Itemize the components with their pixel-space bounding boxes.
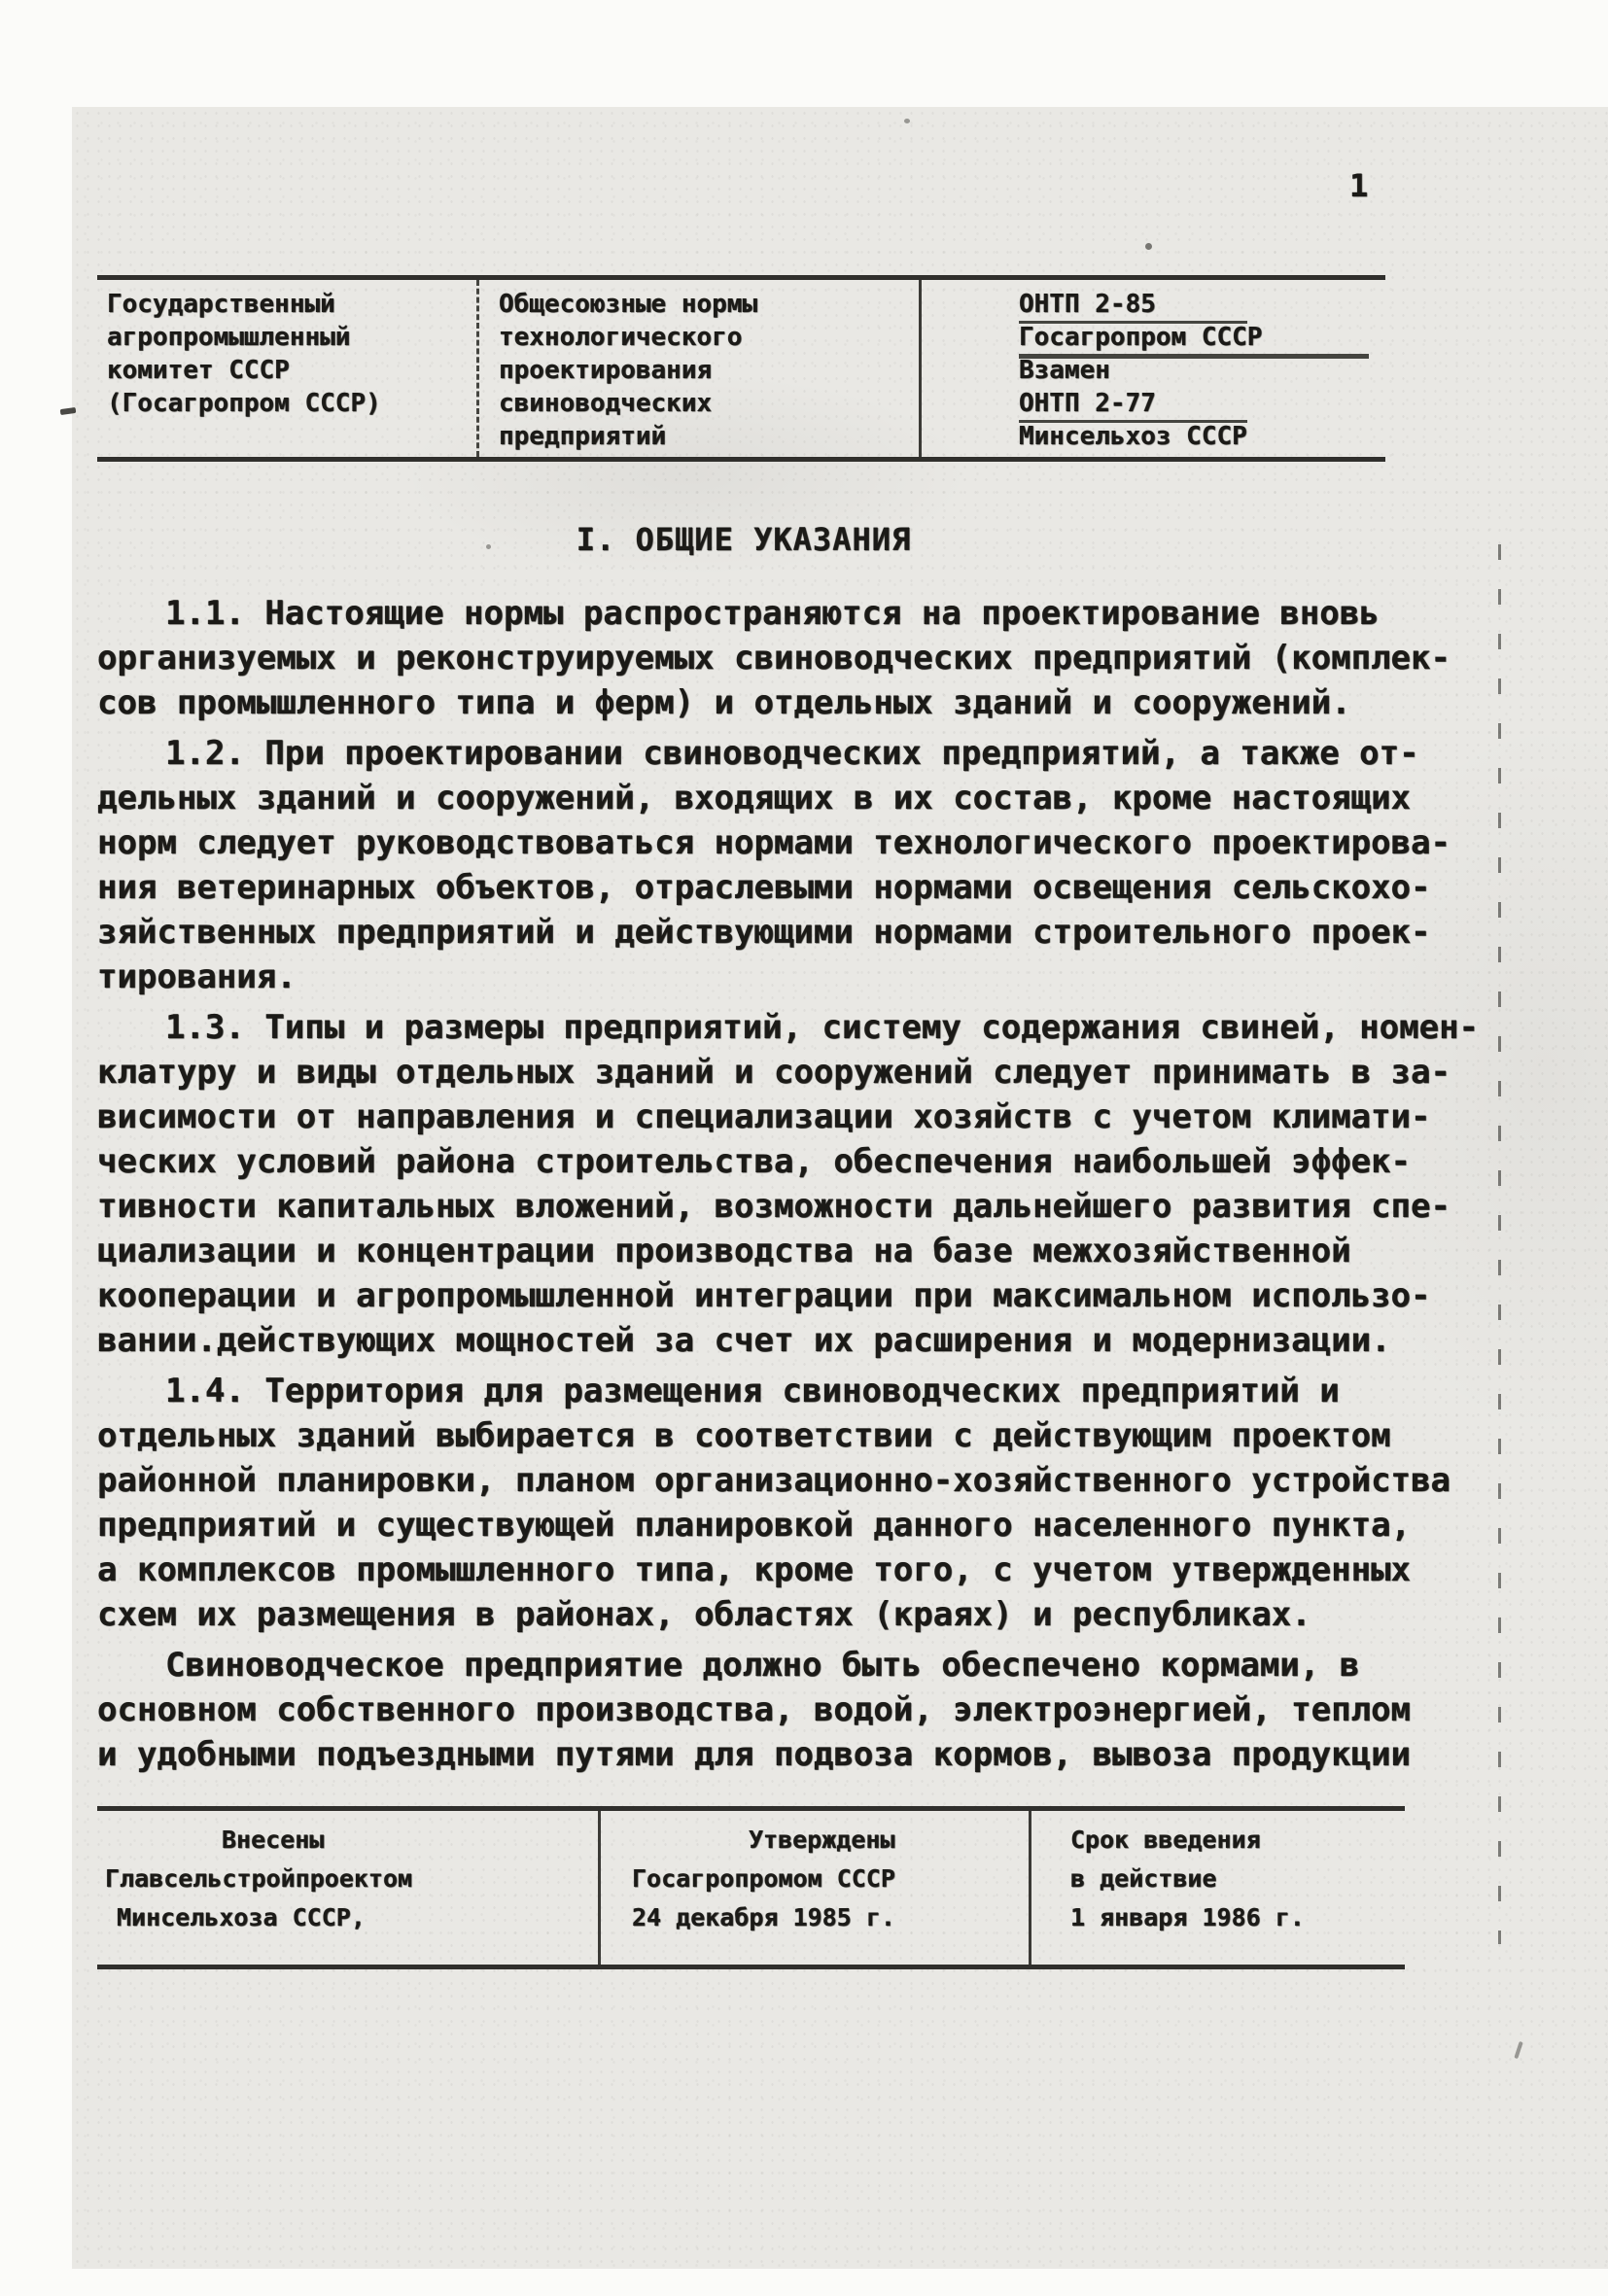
footer-cell-approved-by: Утверждены Госагропромом СССР 24 декабря…	[598, 1811, 1029, 1965]
replaces-label: Взамен	[1019, 354, 1381, 387]
designation-row: ОНТП 2-77	[1019, 387, 1381, 420]
footer-table: Внесены Главсельстройпроектом Минсельхоз…	[97, 1806, 1405, 1969]
designation-row: ОНТП 2-85	[1019, 288, 1381, 321]
footer-line: 1 января 1986 г.	[1031, 1898, 1405, 1937]
footer-line: Утверждены	[601, 1821, 1029, 1860]
footer-line: Срок введения	[1031, 1821, 1405, 1860]
designation-row: Госагропром СССР	[1019, 321, 1381, 354]
footer-line: 24 декабря 1985 г.	[601, 1898, 1029, 1937]
header-table: Государственный агропромышленный комитет…	[97, 275, 1385, 462]
footer-line: Госагропромом СССР	[601, 1860, 1029, 1898]
paragraph-1-3: 1.3. Типы и размеры предприятий, систему…	[97, 1005, 1505, 1363]
scan-speck	[60, 407, 77, 415]
doc-code: ОНТП 2-85	[1019, 288, 1247, 324]
paragraph-1-1: 1.1. Настоящие нормы распространяются на…	[97, 591, 1505, 725]
header-cell-designation: ОНТП 2-85 Госагропром СССР Взамен ОНТП 2…	[919, 280, 1385, 457]
replaced-doc-authority: Минсельхоз СССР	[1019, 420, 1381, 453]
scan-edge-dashed-line	[1498, 544, 1501, 1944]
paragraph-1-4: 1.4. Территория для размещения свиноводч…	[97, 1369, 1505, 1637]
paragraph-1-2: 1.2. При проектировании свиноводческих п…	[97, 731, 1505, 999]
footer-line: Главсельстройпроектом	[97, 1860, 598, 1898]
scan-speck	[904, 119, 910, 123]
page-number: 1	[1349, 167, 1368, 204]
header-cell-doc-title: Общесоюзные нормы технологического проек…	[476, 280, 919, 457]
footer-cell-submitted-by: Внесены Главсельстройпроектом Минсельхоз…	[97, 1811, 598, 1965]
footer-line: Минсельхоза СССР,	[97, 1898, 598, 1937]
document-content: 1 Государственный агропромышленный комит…	[0, 0, 1608, 2296]
section-title: I. ОБЩИЕ УКАЗАНИЯ	[97, 521, 1390, 558]
scan-speck	[1514, 2041, 1522, 2059]
scan-speck	[486, 544, 491, 549]
replaced-doc-code: ОНТП 2-77	[1019, 387, 1247, 423]
document-body: 1.1. Настоящие нормы распространяются на…	[97, 591, 1505, 1783]
footer-cell-effective-date: Срок введения в действие 1 января 1986 г…	[1029, 1811, 1405, 1965]
scan-speck	[1145, 243, 1152, 250]
header-cell-committee: Государственный агропромышленный комитет…	[97, 280, 476, 457]
scanned-document-page: 1 Государственный агропромышленный комит…	[0, 0, 1608, 2296]
paragraph-unnumbered: Свиноводческое предприятие должно быть о…	[97, 1643, 1505, 1777]
footer-line: в действие	[1031, 1860, 1405, 1898]
footer-line: Внесены	[97, 1821, 598, 1860]
